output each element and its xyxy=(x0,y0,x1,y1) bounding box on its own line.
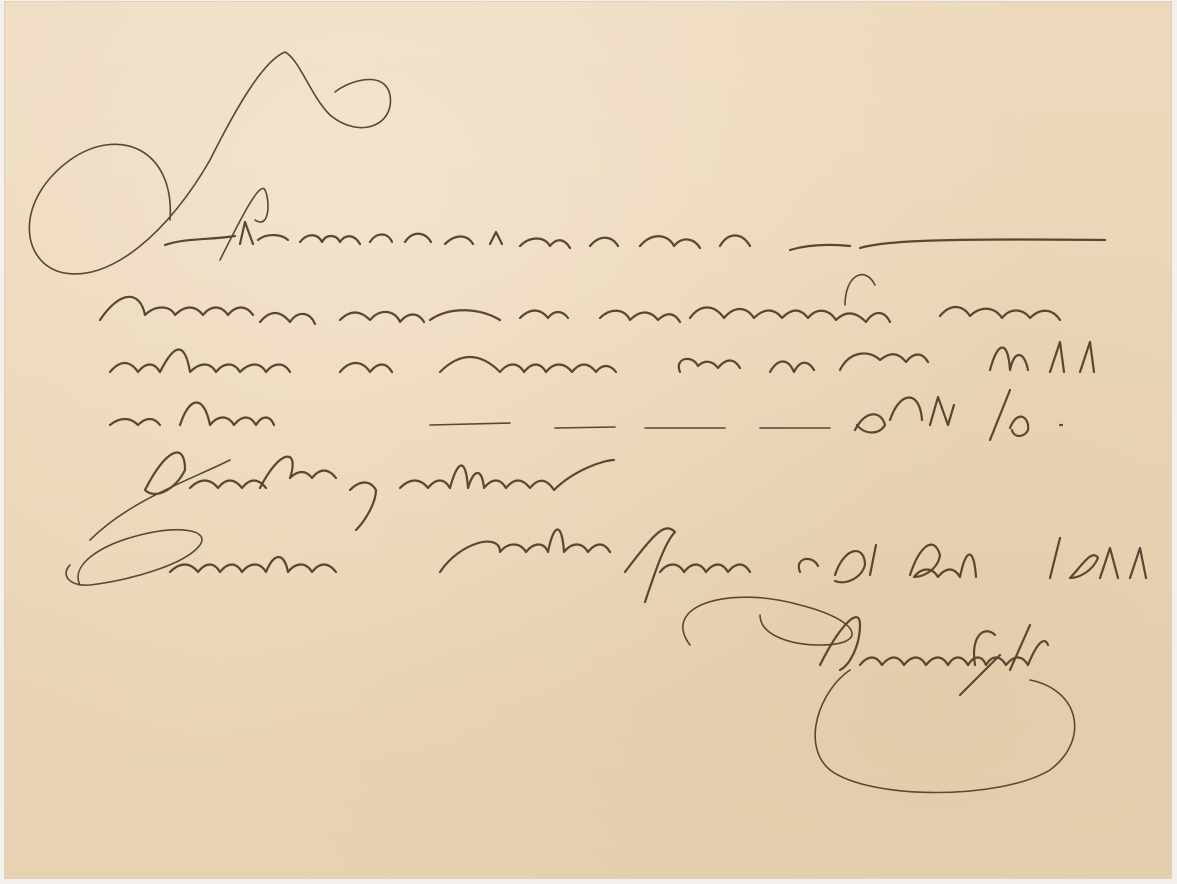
handwriting-strokes xyxy=(0,0,1177,884)
